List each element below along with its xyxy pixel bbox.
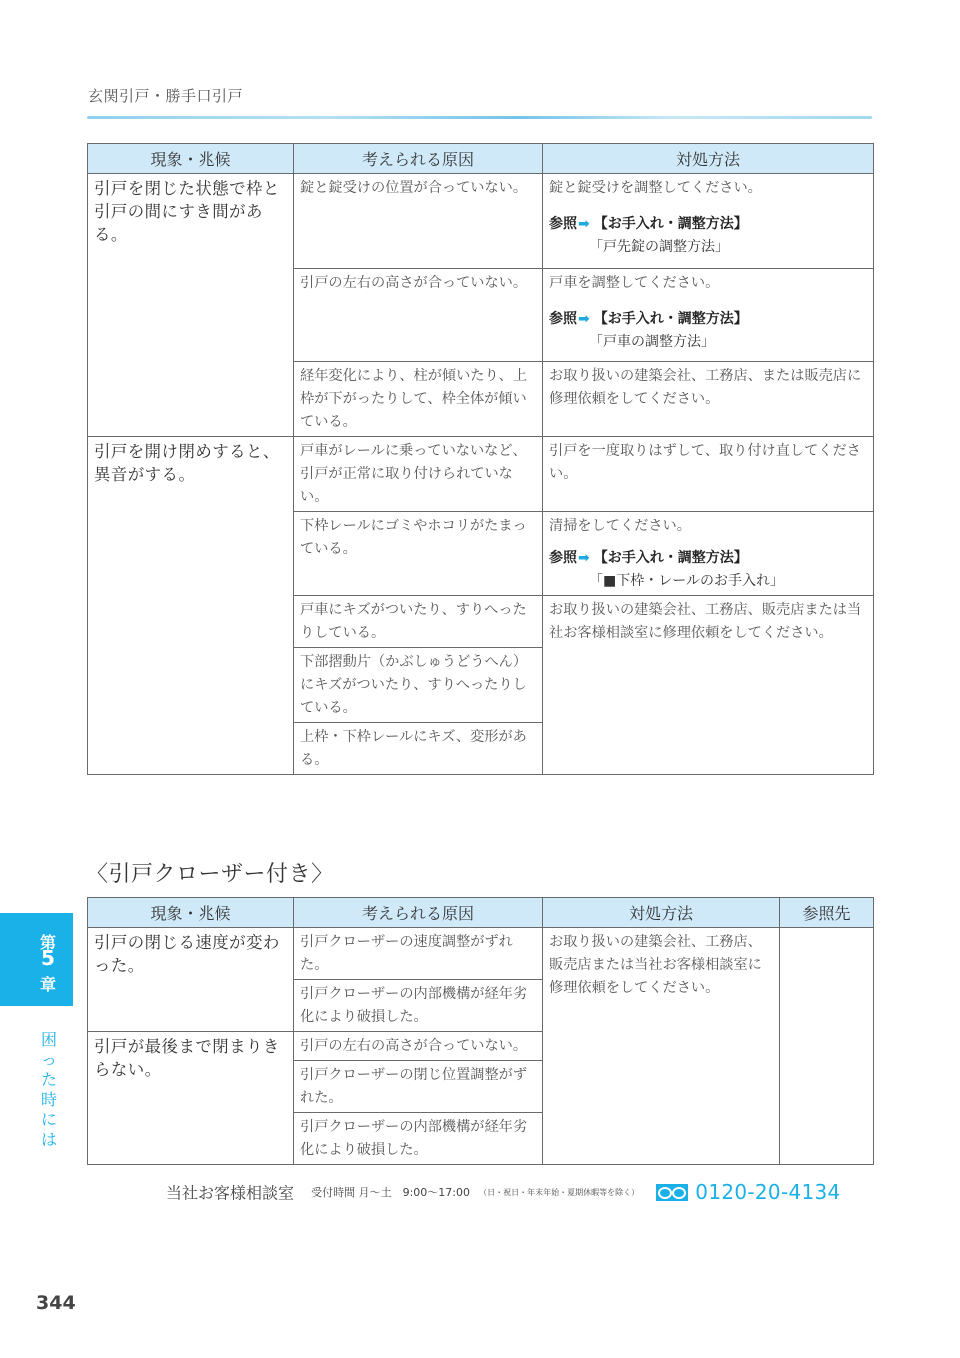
reference-label: 参照	[549, 550, 577, 566]
remedy-cell: お取り扱いの建築会社、工務店、販売店または当社お客様相談室に修理依頼をしてくださ…	[543, 596, 874, 775]
troubleshooting-table: 現象・兆候 考えられる原因 対処方法 引戸を閉じた状態で枠と引戸の間にすき間があ…	[87, 143, 874, 775]
header-divider	[87, 116, 872, 119]
phone-number[interactable]: 0120-20-4134	[695, 1180, 840, 1204]
reference-link[interactable]: 参照➡【お手入れ・調整方法】 「■下枠・レールのお手入れ」	[549, 547, 868, 593]
arrow-right-icon: ➡	[578, 550, 590, 566]
contact-hours: 受付時間 月〜土 9:00〜17:00	[311, 1186, 470, 1199]
table-row: 引戸を閉じた状態で枠と引戸の間にすき間がある。 錠と錠受けの位置が合っていない。…	[88, 174, 874, 269]
column-header-remedy: 対処方法	[543, 898, 780, 928]
remedy-cell: 戸車を調整してください。 参照➡【お手入れ・調整方法】 「戸車の調整方法」	[543, 269, 874, 362]
table-row: 引戸の閉じる速度が変わった。 引戸クローザーの速度調整がずれた。 お取り扱いの建…	[88, 928, 874, 980]
column-header-reference: 参照先	[780, 898, 874, 928]
chapter-title: 困った時には	[40, 1030, 58, 1150]
cause-cell: 戸車がレールに乗っていないなど、引戸が正常に取り付けられていない。	[294, 437, 543, 512]
closer-troubleshooting-table: 現象・兆候 考えられる原因 対処方法 参照先 引戸の閉じる速度が変わった。 引戸…	[87, 897, 874, 1165]
cause-cell: 戸車にキズがついたり、すりへったりしている。	[294, 596, 543, 648]
column-header-symptom: 現象・兆候	[88, 144, 294, 174]
remedy-cell: お取り扱いの建築会社、工務店、または販売店に修理依頼をしてください。	[543, 362, 874, 437]
contact-label: 当社お客様相談室	[166, 1184, 294, 1203]
breadcrumb: 玄関引戸・勝手口引戸	[88, 85, 243, 106]
cause-cell: 錠と錠受けの位置が合っていない。	[294, 174, 543, 269]
symptom-cell: 引戸が最後まで閉まりきらない。	[88, 1032, 294, 1165]
cause-cell: 上枠・下枠レールにキズ、変形がある。	[294, 723, 543, 775]
reference-label: 参照	[549, 311, 577, 327]
table-header-row: 現象・兆候 考えられる原因 対処方法	[88, 144, 874, 174]
symptom-cell: 引戸を閉じた状態で枠と引戸の間にすき間がある。	[88, 174, 294, 437]
freedial-icon	[656, 1184, 688, 1201]
reference-link[interactable]: 参照➡【お手入れ・調整方法】 「戸車の調整方法」	[549, 308, 868, 354]
cause-cell: 下部摺動片（かぶしゅうどうへん）にキズがついたり、すりへったりしている。	[294, 648, 543, 723]
remedy-text: 錠と錠受けを調整してください。	[549, 177, 868, 200]
symptom-cell: 引戸を開け閉めすると、異音がする。	[88, 437, 294, 775]
column-header-remedy: 対処方法	[543, 144, 874, 174]
table-row: 引戸を開け閉めすると、異音がする。 戸車がレールに乗っていないなど、引戸が正常に…	[88, 437, 874, 512]
footer-contact: 当社お客様相談室 受付時間 月〜土 9:00〜17:00 （日・祝日・年末年始・…	[166, 1180, 841, 1204]
table-header-row: 現象・兆候 考えられる原因 対処方法 参照先	[88, 898, 874, 928]
column-header-cause: 考えられる原因	[294, 898, 543, 928]
chapter-tab[interactable]: 第 5 章	[0, 913, 73, 1006]
reference-link[interactable]: 参照➡【お手入れ・調整方法】 「戸先錠の調整方法」	[549, 213, 868, 259]
remedy-cell: お取り扱いの建築会社、工務店、販売店または当社お客様相談室に修理依頼をしてくださ…	[543, 928, 780, 1165]
reference-cell	[780, 928, 874, 1165]
column-header-cause: 考えられる原因	[294, 144, 543, 174]
arrow-right-icon: ➡	[578, 311, 590, 327]
cause-cell: 引戸クローザーの内部機構が経年劣化により破損した。	[294, 1113, 543, 1165]
arrow-right-icon: ➡	[578, 216, 590, 232]
reference-section: 「戸先錠の調整方法」	[549, 236, 868, 259]
remedy-cell: 清掃をしてください。 参照➡【お手入れ・調整方法】 「■下枠・レールのお手入れ」	[543, 512, 874, 596]
symptom-cell: 引戸の閉じる速度が変わった。	[88, 928, 294, 1032]
cause-cell: 引戸の左右の高さが合っていない。	[294, 1032, 543, 1061]
reference-label: 参照	[549, 216, 577, 232]
cause-cell: 下枠レールにゴミやホコリがたまっている。	[294, 512, 543, 596]
cause-cell: 引戸クローザーの閉じ位置調整がずれた。	[294, 1061, 543, 1113]
reference-section: 「■下枠・レールのお手入れ」	[549, 570, 868, 593]
cause-cell: 引戸クローザーの内部機構が経年劣化により破損した。	[294, 980, 543, 1032]
column-header-symptom: 現象・兆候	[88, 898, 294, 928]
reference-book: 【お手入れ・調整方法】	[594, 311, 748, 327]
chapter-suffix: 章	[40, 972, 56, 995]
cause-cell: 経年変化により、柱が傾いたり、上枠が下がったりして、枠全体が傾いている。	[294, 362, 543, 437]
cause-cell: 引戸の左右の高さが合っていない。	[294, 269, 543, 362]
remedy-text: 戸車を調整してください。	[549, 272, 868, 295]
reference-book: 【お手入れ・調整方法】	[594, 550, 748, 566]
reference-section: 「戸車の調整方法」	[549, 331, 868, 354]
cause-cell: 引戸クローザーの速度調整がずれた。	[294, 928, 543, 980]
remedy-cell: 引戸を一度取りはずして、取り付け直してください。	[543, 437, 874, 512]
reference-book: 【お手入れ・調整方法】	[594, 216, 748, 232]
chapter-number: 5	[41, 946, 55, 970]
page-number: 344	[36, 1292, 76, 1314]
remedy-text: 清掃をしてください。	[549, 515, 868, 538]
contact-hours-note: （日・祝日・年末年始・夏期休暇等を除く）	[479, 1188, 639, 1197]
section-title: 〈引戸クローザー付き〉	[86, 857, 334, 888]
remedy-cell: 錠と錠受けを調整してください。 参照➡【お手入れ・調整方法】 「戸先錠の調整方法…	[543, 174, 874, 269]
